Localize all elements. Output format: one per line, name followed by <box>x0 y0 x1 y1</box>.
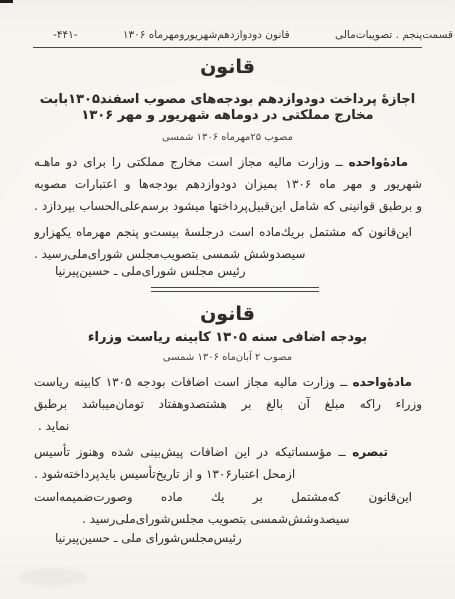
law2-closing-paragraph: این‌قانون که‌مشتمل بر یك ماده وصورت‌ضمیم… <box>34 486 422 530</box>
law2-article-line2: وزراء راکه مبلغ آن بالغ بر هشتصدوهفتاد ت… <box>34 393 422 415</box>
law1-article-line1-text: ــ وزارت مالیه مجاز است مخارج مملکتی را … <box>34 155 349 169</box>
law1-closing-line2: سیصدوشش شمسی بتصویب‌مجلس شورای‌ملی‌رسید … <box>34 243 422 265</box>
law1-article-paragraph: مادۀواحده ــ وزارت مالیه مجاز است مخارج … <box>34 151 422 217</box>
header-section-label: قسمت‌پنجم . تصویبات‌مالی <box>335 29 453 41</box>
law1-title-line1: اجازهٔ پرداخت دودوازدهم بودجه‌های مصوب ا… <box>0 92 455 108</box>
law2-signature: رئیس‌مجلس‌شورای ملی ـ حسین‌پیرنیا <box>33 531 443 545</box>
law2-article-line1: مادۀواحده ــ وزارت مالیه مجاز است اضافات… <box>34 371 422 393</box>
law2-title-line1: بودجه اضافی سنه ۱۳۰۵ کابینه ریاست وزراء <box>0 330 455 346</box>
header-page-number: -۴۴۱- <box>53 29 78 41</box>
law1-article-line2: شهریور و مهر ماه ۱۳۰۶ بمیزان دودوازدهم ب… <box>34 173 422 195</box>
law2-article-line3: نماید . <box>34 415 422 437</box>
header-running-title: قانون دودوازدهم‌شهریورومهرماه ۱۳۰۶ <box>123 29 290 41</box>
section-divider-rule <box>151 287 319 292</box>
law1-title: اجازهٔ پرداخت دودوازدهم بودجه‌های مصوب ا… <box>0 92 455 124</box>
law2-closing-line1: این‌قانون که‌مشتمل بر یك ماده وصورت‌ضمیم… <box>34 486 422 508</box>
header-rule <box>33 47 422 48</box>
law2-note-line1: تبصره ــ مؤسساتیکه در این اضافات پیش‌بین… <box>34 441 422 463</box>
law1-signature: رئیس مجلس شورای‌ملی ـ حسین‌پیرنیا <box>33 264 443 278</box>
scan-edge-artifact <box>0 0 13 3</box>
law2-note-label: تبصره <box>352 445 388 459</box>
law2-title: بودجه اضافی سنه ۱۳۰۵ کابینه ریاست وزراء <box>0 330 455 346</box>
law2-article-paragraph: مادۀواحده ــ وزارت مالیه مجاز است اضافات… <box>34 371 422 437</box>
law2-approval-date: مصوب ۲ آبان‌ماه ۱۳۰۶ شمسی <box>0 352 455 363</box>
law1-kicker: قانون <box>0 56 455 78</box>
law1-article-line1: مادۀواحده ــ وزارت مالیه مجاز است مخارج … <box>34 151 422 173</box>
law1-closing-line1: این‌قانون که مشتمل بریك‌ماده است درجلسهٔ… <box>34 221 422 243</box>
scan-blot-artifact <box>18 568 88 586</box>
law1-approval-date: مصوب ۲۵مهرماه ۱۳۰۶ شمسی <box>0 132 455 143</box>
law1-article-line3: و برطبق قوانینی که شامل این‌قبیل‌پرداخته… <box>34 195 422 217</box>
law1-title-line2: مخارج مملکتی در دوماهه شهریور و مهر ۱۳۰۶ <box>0 108 455 124</box>
law2-kicker: قانون <box>0 303 455 325</box>
page-header: قسمت‌پنجم . تصویبات‌مالی قانون دودوازدهم… <box>33 29 453 41</box>
law2-article-line1-text: ــ وزارت مالیه مجاز است اضافات بودجه ۱۳۰… <box>34 375 353 389</box>
law2-note-line1-text: ــ مؤسساتیکه در این اضافات پیش‌بینی شده … <box>34 445 388 463</box>
law2-closing-line2: سیصدوشش‌شمسی بتصویب مجلس‌شورای‌ملی‌رسید … <box>34 508 422 530</box>
law1-article-label: مادۀواحده <box>349 155 408 169</box>
law2-note-paragraph: تبصره ــ مؤسساتیکه در این اضافات پیش‌بین… <box>34 441 422 485</box>
law1-closing-paragraph: این‌قانون که مشتمل بریك‌ماده است درجلسهٔ… <box>34 221 422 265</box>
law2-note-line2: ازمحل اعتبار۱۳۰۶ و از تاریخ‌تأسیس بایدپر… <box>34 463 422 485</box>
scanned-gazette-page: قسمت‌پنجم . تصویبات‌مالی قانون دودوازدهم… <box>0 0 455 599</box>
law2-article-label: مادۀواحده <box>353 375 412 389</box>
